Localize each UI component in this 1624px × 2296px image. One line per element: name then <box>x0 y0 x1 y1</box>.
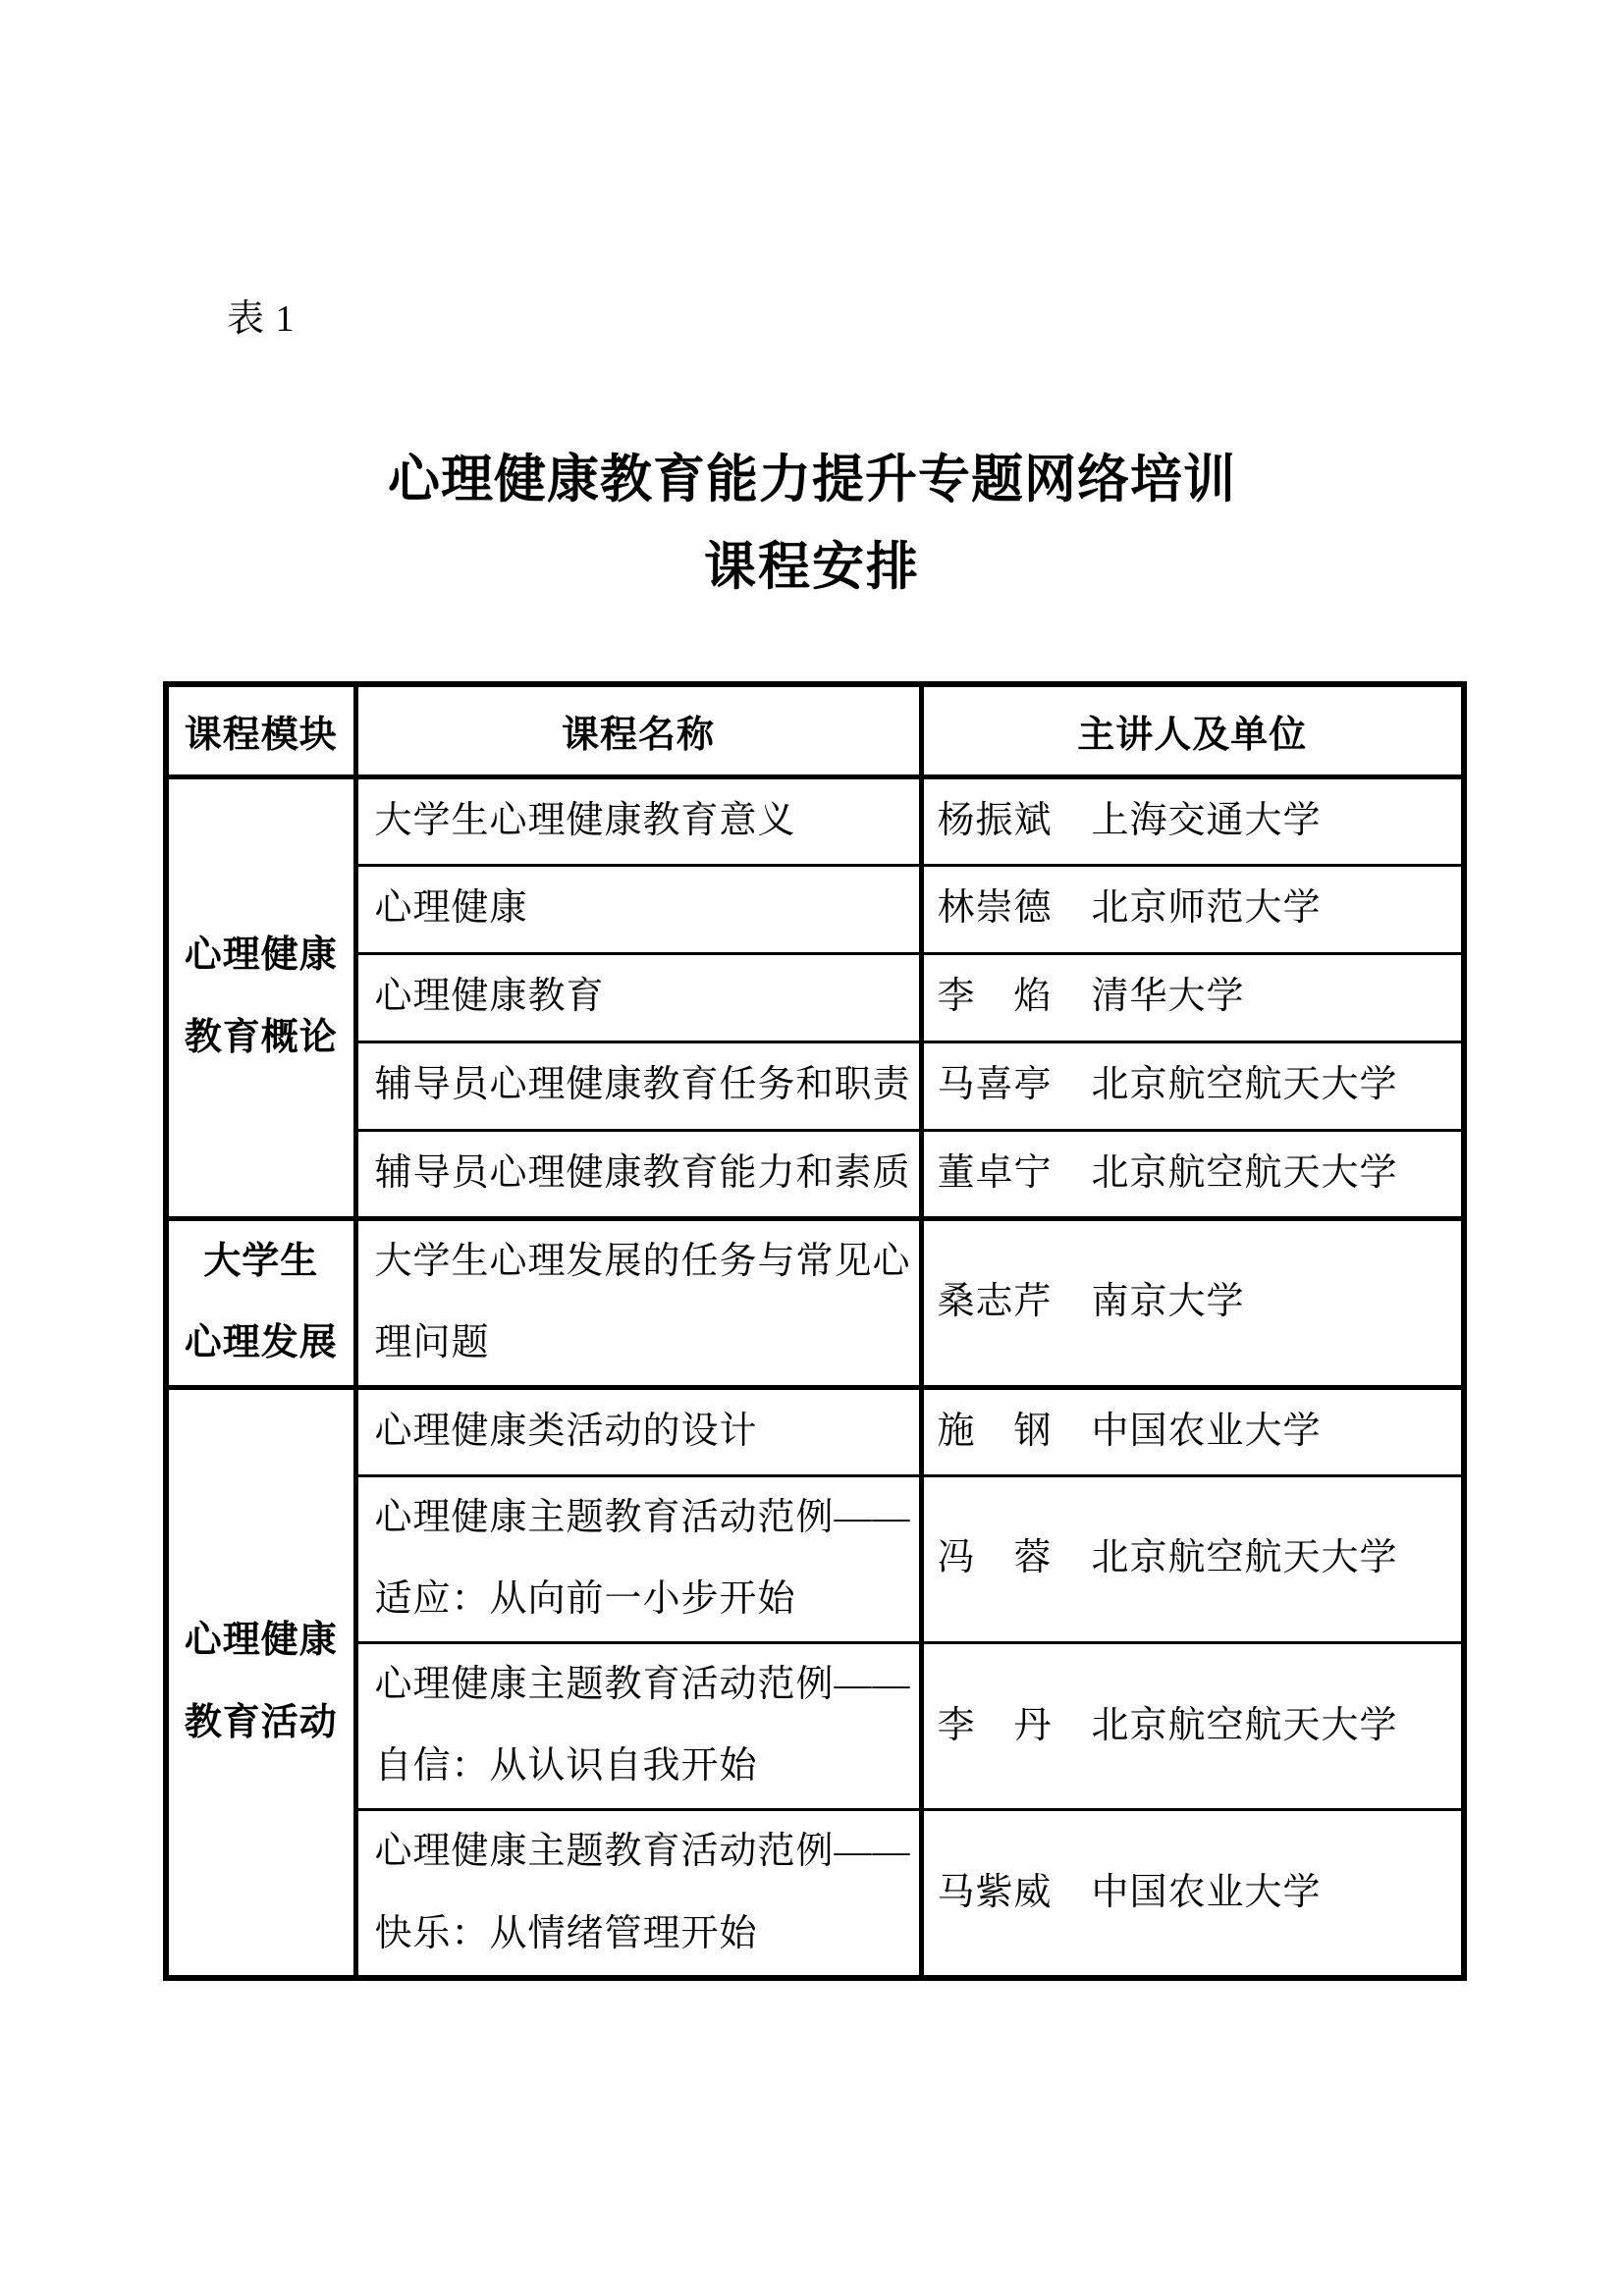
module-cell-development: 大学生 心理发展 <box>166 1218 355 1387</box>
lecturer-cell: 杨振斌 上海交通大学 <box>921 776 1464 865</box>
speaker-name: 桑志芹 <box>938 1261 1053 1344</box>
lecturer-cell: 李 丹 北京航空航天大学 <box>921 1642 1464 1809</box>
speaker-name: 杨振斌 <box>938 780 1053 863</box>
lecturer-cell: 桑志芹 南京大学 <box>921 1218 1464 1387</box>
table-row: 心理健康 林崇德 北京师范大学 <box>166 865 1464 953</box>
speaker-org: 清华大学 <box>1092 956 1245 1039</box>
column-header-module: 课程模块 <box>166 684 355 776</box>
speaker-name: 林崇德 <box>938 868 1053 950</box>
speaker-name: 施 钢 <box>938 1391 1053 1473</box>
table-row: 心理健康 教育概论 大学生心理健康教育意义 杨振斌 上海交通大学 <box>166 776 1464 865</box>
document-subtitle: 课程安排 <box>0 542 1624 594</box>
lecturer-cell: 林崇德 北京师范大学 <box>921 865 1464 953</box>
column-header-course: 课程名称 <box>355 684 921 776</box>
course-name-cell: 辅导员心理健康教育能力和素质 <box>355 1130 921 1218</box>
course-name-cell: 心理健康教育 <box>355 953 921 1041</box>
lecturer-cell: 冯 蓉 北京航空航天大学 <box>921 1475 1464 1642</box>
speaker-org: 北京航空航天大学 <box>1092 1685 1398 1768</box>
document-title: 心理健康教育能力提升专题网络培训 <box>0 454 1624 507</box>
column-header-lecturer: 主讲人及单位 <box>921 684 1464 776</box>
speaker-name: 马紫威 <box>938 1852 1053 1935</box>
module-cell-overview: 心理健康 教育概论 <box>166 776 355 1218</box>
module-cell-activities: 心理健康 教育活动 <box>166 1387 355 1978</box>
table-row: 辅导员心理健康教育能力和素质 董卓宁 北京航空航天大学 <box>166 1130 1464 1218</box>
course-name-cell: 大学生心理发展的任务与常见心 理问题 <box>355 1218 921 1387</box>
speaker-org: 北京航空航天大学 <box>1092 1133 1398 1215</box>
speaker-org: 上海交通大学 <box>1092 780 1322 863</box>
speaker-name: 李 丹 <box>938 1685 1053 1768</box>
document-page: 表 1 心理健康教育能力提升专题网络培训 课程安排 课程模块 课程名称 主讲人及… <box>0 0 1624 2296</box>
table-row: 心理健康主题教育活动范例—— 自信：从认识自我开始 李 丹 北京航空航天大学 <box>166 1642 1464 1809</box>
speaker-org: 北京师范大学 <box>1092 868 1322 950</box>
document-title-block: 心理健康教育能力提升专题网络培训 课程安排 <box>0 454 1624 594</box>
lecturer-cell: 马紫威 中国农业大学 <box>921 1810 1464 1979</box>
lecturer-cell: 李 焰 清华大学 <box>921 953 1464 1041</box>
course-name-cell: 大学生心理健康教育意义 <box>355 776 921 865</box>
speaker-org: 中国农业大学 <box>1092 1852 1322 1935</box>
speaker-name: 冯 蓉 <box>938 1518 1053 1600</box>
table-row: 心理健康教育 李 焰 清华大学 <box>166 953 1464 1041</box>
course-name-cell: 心理健康主题教育活动范例—— 快乐：从情绪管理开始 <box>355 1810 921 1979</box>
course-schedule-table: 课程模块 课程名称 主讲人及单位 心理健康 教育概论 大学生心理健康教育意义 杨… <box>163 681 1467 1981</box>
course-name-cell: 心理健康主题教育活动范例—— 适应：从向前一小步开始 <box>355 1475 921 1642</box>
table-caption-label: 表 1 <box>227 300 296 338</box>
table-row: 心理健康 教育活动 心理健康类活动的设计 施 钢 中国农业大学 <box>166 1387 1464 1475</box>
course-name-cell: 心理健康主题教育活动范例—— 自信：从认识自我开始 <box>355 1642 921 1809</box>
speaker-org: 中国农业大学 <box>1092 1391 1322 1473</box>
table-row: 辅导员心理健康教育任务和职责 马喜亭 北京航空航天大学 <box>166 1041 1464 1130</box>
lecturer-cell: 董卓宁 北京航空航天大学 <box>921 1130 1464 1218</box>
course-name-cell: 心理健康 <box>355 865 921 953</box>
table-row: 心理健康主题教育活动范例—— 适应：从向前一小步开始 冯 蓉 北京航空航天大学 <box>166 1475 1464 1642</box>
table-row: 心理健康主题教育活动范例—— 快乐：从情绪管理开始 马紫威 中国农业大学 <box>166 1810 1464 1979</box>
speaker-name: 马喜亭 <box>938 1044 1053 1127</box>
lecturer-cell: 施 钢 中国农业大学 <box>921 1387 1464 1475</box>
speaker-org: 北京航空航天大学 <box>1092 1518 1398 1600</box>
speaker-org: 北京航空航天大学 <box>1092 1044 1398 1127</box>
course-name-cell: 辅导员心理健康教育任务和职责 <box>355 1041 921 1130</box>
speaker-name: 李 焰 <box>938 956 1053 1039</box>
table-row: 大学生 心理发展 大学生心理发展的任务与常见心 理问题 桑志芹 南京大学 <box>166 1218 1464 1387</box>
lecturer-cell: 马喜亭 北京航空航天大学 <box>921 1041 1464 1130</box>
speaker-name: 董卓宁 <box>938 1133 1053 1215</box>
table-header-row: 课程模块 课程名称 主讲人及单位 <box>166 684 1464 776</box>
speaker-org: 南京大学 <box>1092 1261 1245 1344</box>
course-name-cell: 心理健康类活动的设计 <box>355 1387 921 1475</box>
